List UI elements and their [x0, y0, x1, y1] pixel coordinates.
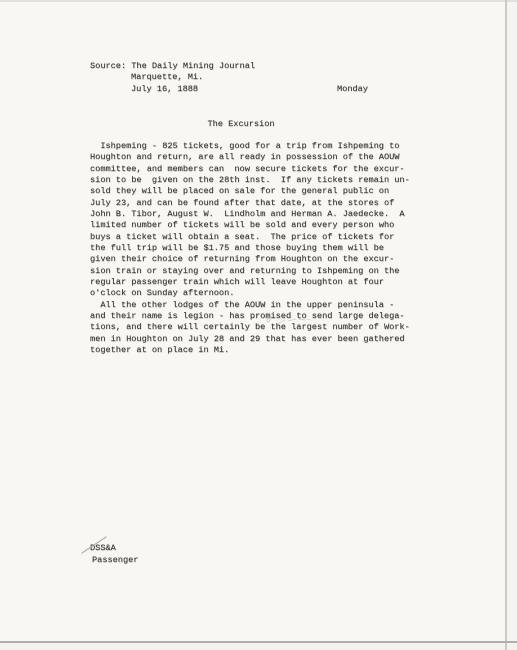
page-right-edge [505, 0, 507, 650]
page-bottom-edge [0, 641, 517, 643]
date-line: July 16, 1888 [131, 84, 198, 95]
article-title: The Excursion [80, 119, 402, 130]
article-body: Ishpeming - 825 tickets, good for a trip… [90, 141, 410, 356]
source-line: Source: The Daily Mining Journal [90, 61, 255, 72]
page-top-edge [0, 0, 517, 2]
city-line: Marquette, Mi. [131, 72, 203, 83]
scanned-document-page: Source: The Daily Mining Journal Marquet… [0, 0, 517, 650]
routing-line-railroad: DSS&A [90, 543, 116, 554]
page-right-margin [507, 0, 517, 650]
weekday-label: Monday [337, 84, 368, 95]
page-bottom-margin [0, 643, 517, 650]
routing-line-passenger: Passenger [92, 555, 138, 566]
